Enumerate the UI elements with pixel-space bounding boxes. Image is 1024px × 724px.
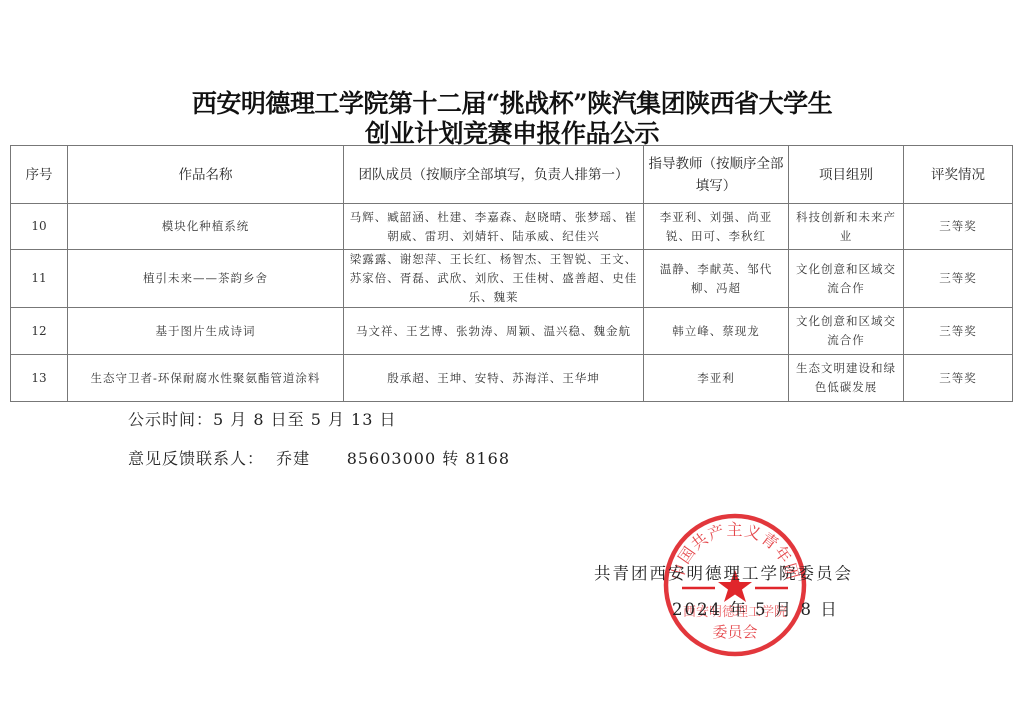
row-award: 三等奖 [904,250,1013,308]
table-row: 11 植引未来——茶韵乡舍 梁露露、谢恕萍、王长红、杨智杰、王智锐、王文、苏家倍… [11,250,1013,308]
row-advisors: 韩立峰、蔡现龙 [644,308,789,355]
header-category: 项目组别 [789,146,904,204]
row-category: 生态文明建设和绿色低碳发展 [789,355,904,402]
row-project-name: 生态守卫者-环保耐腐水性聚氨酯管道涂料 [68,355,344,402]
header-project-name: 作品名称 [68,146,344,204]
row-category: 文化创意和区域交流合作 [789,308,904,355]
row-index: 11 [11,250,68,308]
row-team-members: 殷承超、王坤、安特、苏海洋、王华坤 [344,355,644,402]
award-table: 序号 作品名称 团队成员（按顺序全部填写，负责人排第一） 指导教师（按顺序全部填… [10,145,1013,402]
row-advisors: 李亚利 [644,355,789,402]
row-index: 13 [11,355,68,402]
row-project-name: 植引未来——茶韵乡舍 [68,250,344,308]
row-team-members: 梁露露、谢恕萍、王长红、杨智杰、王智锐、王文、苏家倍、胥磊、武欣、刘欣、王佳树、… [344,250,644,308]
table-row: 13 生态守卫者-环保耐腐水性聚氨酯管道涂料 殷承超、王坤、安特、苏海洋、王华坤… [11,355,1013,402]
row-index: 10 [11,204,68,250]
row-advisors: 温静、李献英、邹代柳、冯超 [644,250,789,308]
row-award: 三等奖 [904,355,1013,402]
header-advisors: 指导教师（按顺序全部填写） [644,146,789,204]
issuer-name: 共青团西安明德理工学院委员会 [594,560,853,584]
row-team-members: 马文祥、王艺博、张勃涛、周颖、温兴稳、魏金航 [344,308,644,355]
row-category: 文化创意和区域交流合作 [789,250,904,308]
row-project-name: 模块化种植系统 [68,204,344,250]
publicity-period: 公示时间：5 月 8 日至 5 月 13 日 [128,407,397,430]
table-header-row: 序号 作品名称 团队成员（按顺序全部填写，负责人排第一） 指导教师（按顺序全部填… [11,146,1013,204]
header-team-members: 团队成员（按顺序全部填写，负责人排第一） [344,146,644,204]
header-index: 序号 [11,146,68,204]
row-award: 三等奖 [904,204,1013,250]
row-index: 12 [11,308,68,355]
seal-bottom-text: 委员会 [712,623,757,641]
header-award: 评奖情况 [904,146,1013,204]
table-row: 10 模块化种植系统 马辉、臧韶涵、杜建、李嘉森、赵晓晴、张梦瑶、崔朝威、雷玥、… [11,204,1013,250]
row-advisors: 李亚利、刘强、尚亚锐、田可、李秋红 [644,204,789,250]
row-project-name: 基于图片生成诗词 [68,308,344,355]
feedback-contact: 意见反馈联系人： 乔建 85603000 转 8168 [128,446,510,469]
row-team-members: 马辉、臧韶涵、杜建、李嘉森、赵晓晴、张梦瑶、崔朝威、雷玥、刘婧轩、陆承威、纪佳兴 [344,204,644,250]
issue-date: 2024 年 5 月 8 日 [672,596,839,620]
table-row: 12 基于图片生成诗词 马文祥、王艺博、张勃涛、周颖、温兴稳、魏金航 韩立峰、蔡… [11,308,1013,355]
row-category: 科技创新和未来产业 [789,204,904,250]
row-award: 三等奖 [904,308,1013,355]
